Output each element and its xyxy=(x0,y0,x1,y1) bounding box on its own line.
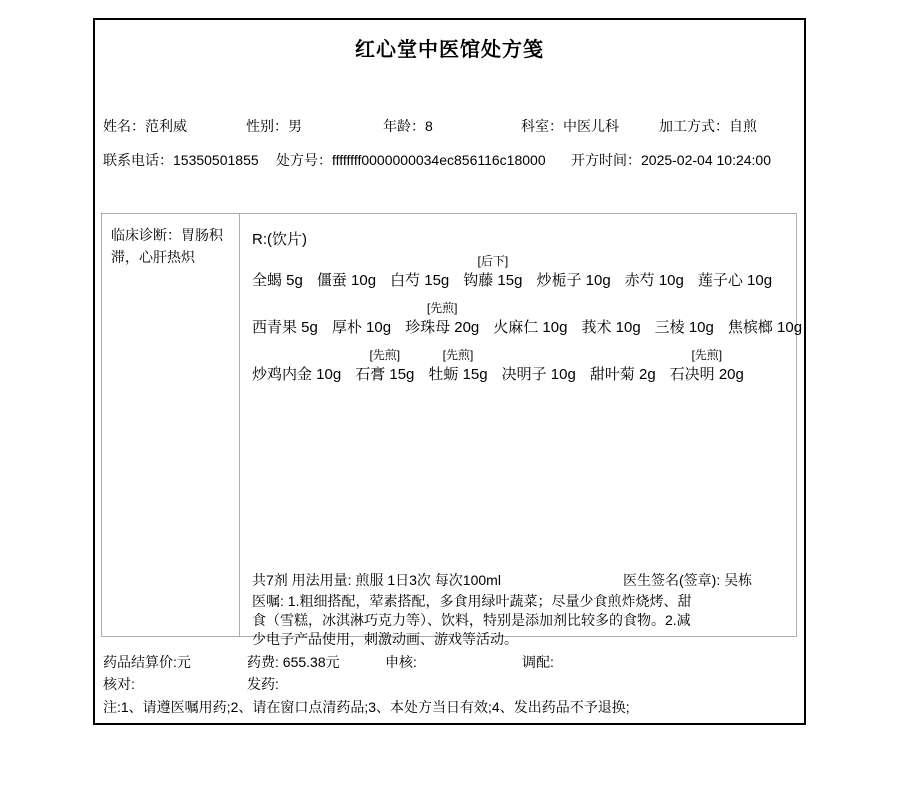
decoction-method-tag xyxy=(536,252,610,269)
settle-price-field: 药品结算价:元 xyxy=(103,652,191,672)
phone-value: 15350501855 xyxy=(173,152,259,168)
processing-method-value: 自煎 xyxy=(729,118,757,134)
drug-item: 炒栀子 10g xyxy=(536,252,610,290)
drug-item: [后下]钩藤 15g xyxy=(463,252,522,290)
drug-name-dose: 白芍 15g xyxy=(390,269,449,290)
diagnosis-cell: 临床诊断：胃肠积滞，心肝热炽 xyxy=(102,214,240,636)
decoction-method-tag xyxy=(502,346,576,363)
rx-bottom-block: 共7剂 用法用量: 煎服 1日3次 每次100ml 医生签名(签章): 吴栋 医… xyxy=(252,570,792,649)
drug-name-dose: 莪术 10g xyxy=(581,316,640,337)
decoction-method-tag: [先煎] xyxy=(670,346,744,363)
drug-item: 炒鸡内金 10g xyxy=(252,346,341,384)
drug-item: 厚朴 10g xyxy=(332,299,391,337)
drug-name-dose: 赤芍 10g xyxy=(625,269,684,290)
medicine-cell: R:(饮片) 全蝎 5g 僵蚕 10g 白芍 15g[后下]钩藤 15g 炒栀子… xyxy=(240,214,796,636)
drug-name-dose: 决明子 10g xyxy=(502,363,576,384)
drug-item: 僵蚕 10g xyxy=(317,252,376,290)
issue-time-value: 2025-02-04 10:24:00 xyxy=(641,152,771,168)
drug-name-dose: 珍珠母 20g xyxy=(405,316,479,337)
decoction-method-tag xyxy=(728,299,802,316)
drug-item: [先煎]石膏 15g xyxy=(355,346,414,384)
clinic-title: 红心堂中医馆处方笺 xyxy=(95,33,804,62)
page-background: 红心堂中医馆处方笺 姓名：范利威 性别：男 年龄：8 科室：中医儿科 加工方式：… xyxy=(0,0,900,800)
dispense-field: 发药: xyxy=(247,674,279,694)
drug-name-dose: 焦槟榔 10g xyxy=(728,316,802,337)
patient-name-value: 范利威 xyxy=(145,118,187,134)
drug-item: [先煎]石决明 20g xyxy=(670,346,744,384)
prescription-line: 全蝎 5g 僵蚕 10g 白芍 15g[后下]钩藤 15g 炒栀子 10g 赤芍… xyxy=(252,252,792,290)
prescription-no-field: 处方号：ffffffff0000000034ec856116c18000 xyxy=(276,150,546,170)
drug-name-dose: 炒栀子 10g xyxy=(536,269,610,290)
age-label: 年龄： xyxy=(383,118,425,134)
decoction-method-tag xyxy=(493,299,567,316)
department-value: 中医儿科 xyxy=(563,118,619,134)
prepare-field: 调配: xyxy=(522,652,554,672)
issue-time-label: 开方时间： xyxy=(571,152,641,168)
drug-item: 甜叶菊 2g xyxy=(590,346,656,384)
phone-label: 联系电话： xyxy=(103,152,173,168)
drug-name-dose: 石决明 20g xyxy=(670,363,744,384)
decoction-method-tag xyxy=(317,252,376,269)
note-line: 注:1、请遵医嘱用药;2、请在窗口点清药品;3、本处方当日有效;4、发出药品不予… xyxy=(103,697,630,717)
decoction-method-tag xyxy=(332,299,391,316)
age-value: 8 xyxy=(425,118,433,134)
decoction-method-tag xyxy=(655,299,714,316)
drug-name-dose: 钩藤 15g xyxy=(463,269,522,290)
prescription-table: 临床诊断：胃肠积滞，心肝热炽 R:(饮片) 全蝎 5g 僵蚕 10g 白芍 15… xyxy=(101,213,797,637)
drug-name-dose: 僵蚕 10g xyxy=(317,269,376,290)
patient-name-label: 姓名： xyxy=(103,118,145,134)
prescription-line: 炒鸡内金 10g[先煎]石膏 15g[先煎]牡蛎 15g 决明子 10g 甜叶菊… xyxy=(252,346,792,384)
gender-label: 性别： xyxy=(246,118,288,134)
prescription-sheet: 红心堂中医馆处方笺 姓名：范利威 性别：男 年龄：8 科室：中医儿科 加工方式：… xyxy=(93,18,806,725)
drug-name-dose: 牡蛎 15g xyxy=(428,363,487,384)
issue-time-field: 开方时间：2025-02-04 10:24:00 xyxy=(571,150,771,170)
decoction-method-tag xyxy=(581,299,640,316)
prescription-no-value: ffffffff0000000034ec856116c18000 xyxy=(332,152,546,168)
decoction-method-tag: [后下] xyxy=(463,252,522,269)
decoction-method-tag: [先煎] xyxy=(428,346,487,363)
phone-field: 联系电话：15350501855 xyxy=(103,150,259,170)
drug-name-dose: 甜叶菊 2g xyxy=(590,363,656,384)
drug-item: 三棱 10g xyxy=(655,299,714,337)
drug-item: 白芍 15g xyxy=(390,252,449,290)
age-field: 年龄：8 xyxy=(383,116,433,136)
doctor-signature: 医生签名(签章): 吴栋 xyxy=(623,570,752,590)
drug-item: 决明子 10g xyxy=(502,346,576,384)
department-label: 科室： xyxy=(521,118,563,134)
department-field: 科室：中医儿科 xyxy=(521,116,619,136)
gender-field: 性别：男 xyxy=(246,116,302,136)
drug-name-dose: 三棱 10g xyxy=(655,316,714,337)
drug-item: [先煎]珍珠母 20g xyxy=(405,299,479,337)
processing-method-field: 加工方式：自煎 xyxy=(659,116,757,136)
rx-header: R:(饮片) xyxy=(252,228,307,249)
gender-value: 男 xyxy=(288,118,302,134)
usage-text: 共7剂 用法用量: 煎服 1日3次 每次100ml xyxy=(252,572,501,588)
check-field: 核对: xyxy=(103,674,135,694)
decoction-method-tag xyxy=(252,299,318,316)
drug-item: 火麻仁 10g xyxy=(493,299,567,337)
drug-name-dose: 西青果 5g xyxy=(252,316,318,337)
processing-method-label: 加工方式： xyxy=(659,118,729,134)
drug-name-dose: 莲子心 10g xyxy=(698,269,772,290)
drug-item: 焦槟榔 10g xyxy=(728,299,802,337)
prescription-no-label: 处方号： xyxy=(276,152,332,168)
drug-name-dose: 厚朴 10g xyxy=(332,316,391,337)
drug-name-dose: 火麻仁 10g xyxy=(493,316,567,337)
drug-name-dose: 炒鸡内金 10g xyxy=(252,363,341,384)
review-field: 申核: xyxy=(385,652,417,672)
drug-name-dose: 石膏 15g xyxy=(355,363,414,384)
fee-field: 药费: 655.38元 xyxy=(247,652,340,672)
drug-item: [先煎]牡蛎 15g xyxy=(428,346,487,384)
decoction-method-tag xyxy=(252,252,303,269)
drug-list: 全蝎 5g 僵蚕 10g 白芍 15g[后下]钩藤 15g 炒栀子 10g 赤芍… xyxy=(252,252,792,393)
drug-item: 赤芍 10g xyxy=(625,252,684,290)
usage-row: 共7剂 用法用量: 煎服 1日3次 每次100ml 医生签名(签章): 吴栋 xyxy=(252,570,792,589)
patient-name-field: 姓名：范利威 xyxy=(103,116,187,136)
decoction-method-tag: [先煎] xyxy=(405,299,479,316)
diagnosis-label: 临床诊断： xyxy=(111,227,181,243)
drug-item: 全蝎 5g xyxy=(252,252,303,290)
drug-item: 莲子心 10g xyxy=(698,252,772,290)
medical-advice: 医嘱: 1.粗细搭配，荤素搭配，多食用绿叶蔬菜；尽量少食煎炸烧烤、甜食（雪糕，冰… xyxy=(252,592,704,649)
decoction-method-tag xyxy=(390,252,449,269)
decoction-method-tag xyxy=(698,252,772,269)
decoction-method-tag xyxy=(625,252,684,269)
decoction-method-tag xyxy=(252,346,341,363)
decoction-method-tag: [先煎] xyxy=(355,346,414,363)
drug-name-dose: 全蝎 5g xyxy=(252,269,303,290)
decoction-method-tag xyxy=(590,346,656,363)
drug-item: 西青果 5g xyxy=(252,299,318,337)
prescription-line: 西青果 5g 厚朴 10g[先煎]珍珠母 20g 火麻仁 10g 莪术 10g … xyxy=(252,299,792,337)
drug-item: 莪术 10g xyxy=(581,299,640,337)
